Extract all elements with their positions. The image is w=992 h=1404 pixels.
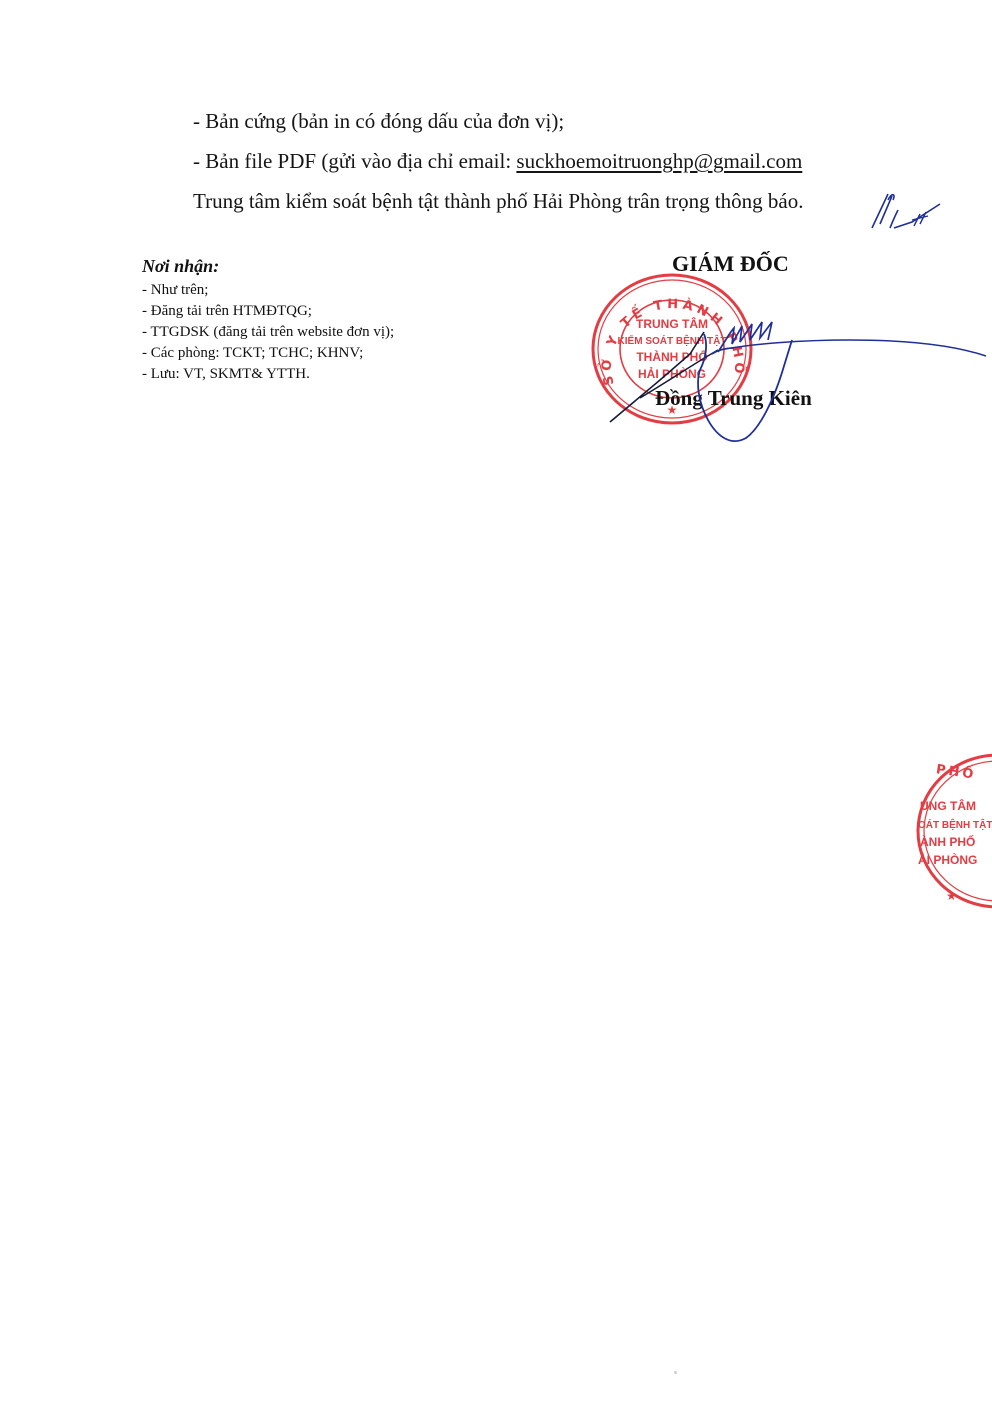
- svg-text:ẢI PHÒNG: ẢI PHÒNG: [918, 852, 977, 867]
- recipient-item: - Các phòng: TCKT; TCHC; KHNV;: [142, 343, 502, 364]
- recipient-item: - Như trên;: [142, 280, 502, 301]
- svg-text:★: ★: [946, 889, 957, 903]
- body-line-hard-copy: - Bản cứng (bản in có đóng dấu của đơn v…: [193, 108, 564, 134]
- initials-signature-icon: [866, 188, 946, 234]
- recipients-block: Nơi nhận: - Như trên; - Đăng tải trên HT…: [142, 254, 502, 385]
- body-line-closing: Trung tâm kiểm soát bệnh tật thành phố H…: [193, 188, 804, 214]
- svg-text:UNG TÂM: UNG TÂM: [920, 798, 976, 813]
- svg-text:KIỂM SOÁT BỆNH TẬT: KIỂM SOÁT BỆNH TẬT: [618, 334, 727, 347]
- body-line-pdf-prefix: - Bản file PDF (gửi vào địa chỉ email:: [193, 149, 516, 173]
- signer-title: GIÁM ĐỐC: [672, 250, 789, 278]
- svg-text:THÀNH PHỐ: THÀNH PHỐ: [636, 349, 707, 364]
- email-link[interactable]: suckhoemoitruonghp@gmail.com: [516, 149, 802, 173]
- svg-text:TRUNG TÂM: TRUNG TÂM: [636, 316, 708, 331]
- signer-name: Đồng Trung Kiên: [655, 384, 812, 412]
- svg-text:HẢI PHÒNG: HẢI PHÒNG: [638, 366, 706, 381]
- recipient-item: - Lưu: VT, SKMT& YTTH.: [142, 364, 502, 385]
- recipient-item: - TTGDSK (đăng tải trên website đơn vị);: [142, 322, 502, 343]
- svg-text:ÀNH PHỐ: ÀNH PHỐ: [920, 834, 975, 849]
- recipients-list: - Như trên; - Đăng tải trên HTMĐTQG; - T…: [142, 280, 502, 385]
- scan-artifact: [674, 1371, 677, 1374]
- body-line-pdf-file: - Bản file PDF (gửi vào địa chỉ email: s…: [193, 148, 802, 174]
- partial-stamp-icon: PHỐ UNG TÂM OÁT BỆNH TẬT ÀNH PHỐ ẢI PHÒN…: [916, 750, 992, 912]
- recipient-item: - Đăng tải trên HTMĐTQG;: [142, 301, 502, 322]
- recipients-title: Nơi nhận:: [142, 254, 502, 278]
- svg-text:OÁT BỆNH TẬT: OÁT BỆNH TẬT: [918, 818, 992, 831]
